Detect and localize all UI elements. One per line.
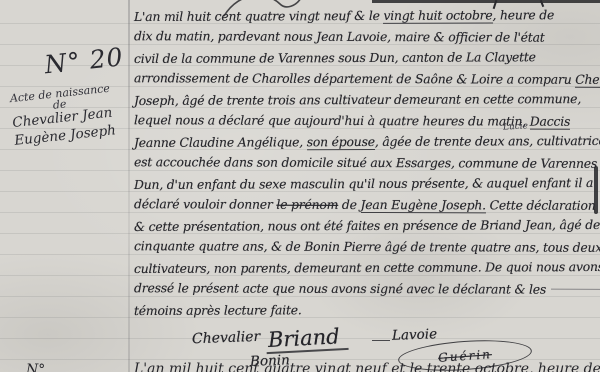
signature-paraph-scribble: Guérin [438,347,493,365]
signature-witness-bonin: Bonin [250,352,290,369]
signature-block: Chevalier Briand Lavoie Guérin Bonin [0,0,600,372]
signature-flourish-dash [372,340,390,341]
signature-witness-briand: Briand [265,324,348,354]
signature-declarant: Chevalier [192,329,261,347]
register-page-scan: N° 20 Acte de naissance de Chevalier Jea… [0,0,600,372]
signature-mayor: Lavoie [392,326,438,344]
